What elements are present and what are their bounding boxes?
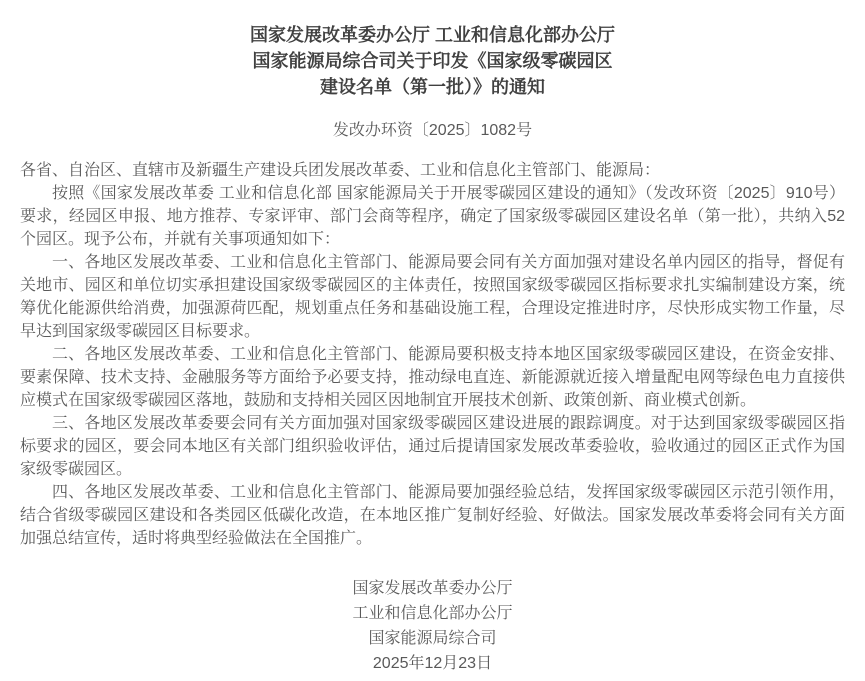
signature-block: 国家发展改革委办公厅 工业和信息化部办公厅 国家能源局综合司 2025年12月2…: [20, 576, 845, 676]
notice-document: 国家发展改革委办公厅 工业和信息化部办公厅 国家能源局综合司关于印发《国家级零碳…: [0, 0, 865, 681]
signer-nea: 国家能源局综合司: [20, 626, 845, 651]
paragraph-item-3: 三、各地区发展改革委要会同有关方面加强对国家级零碳园区建设进展的跟踪调度。对于达…: [20, 412, 845, 481]
document-number: 发改办环资〔2025〕1082号: [20, 117, 845, 140]
notice-title: 国家发展改革委办公厅 工业和信息化部办公厅 国家能源局综合司关于印发《国家级零碳…: [20, 22, 845, 100]
title-line-3: 建设名单（第一批）》的通知: [110, 74, 755, 100]
title-line-2: 国家能源局综合司关于印发《国家级零碳园区: [110, 48, 755, 74]
title-line-1: 国家发展改革委办公厅 工业和信息化部办公厅: [110, 22, 755, 48]
salutation: 各省、自治区、直辖市及新疆生产建设兵团发展改革委、工业和信息化主管部门、能源局：: [20, 159, 845, 182]
signer-ndrc: 国家发展改革委办公厅: [20, 576, 845, 601]
signer-miit: 工业和信息化部办公厅: [20, 601, 845, 626]
paragraph-item-1: 一、各地区发展改革委、工业和信息化主管部门、能源局要会同有关方面加强对建设名单内…: [20, 251, 845, 343]
paragraph-item-4: 四、各地区发展改革委、工业和信息化主管部门、能源局要加强经验总结，发挥国家级零碳…: [20, 481, 845, 550]
notice-body: 各省、自治区、直辖市及新疆生产建设兵团发展改革委、工业和信息化主管部门、能源局：…: [20, 159, 845, 550]
paragraph-item-2: 二、各地区发展改革委、工业和信息化主管部门、能源局要积极支持本地区国家级零碳园区…: [20, 343, 845, 412]
signature-date: 2025年12月23日: [20, 651, 845, 676]
paragraph-intro: 按照《国家发展改革委 工业和信息化部 国家能源局关于开展零碳园区建设的通知》（发…: [20, 182, 845, 251]
